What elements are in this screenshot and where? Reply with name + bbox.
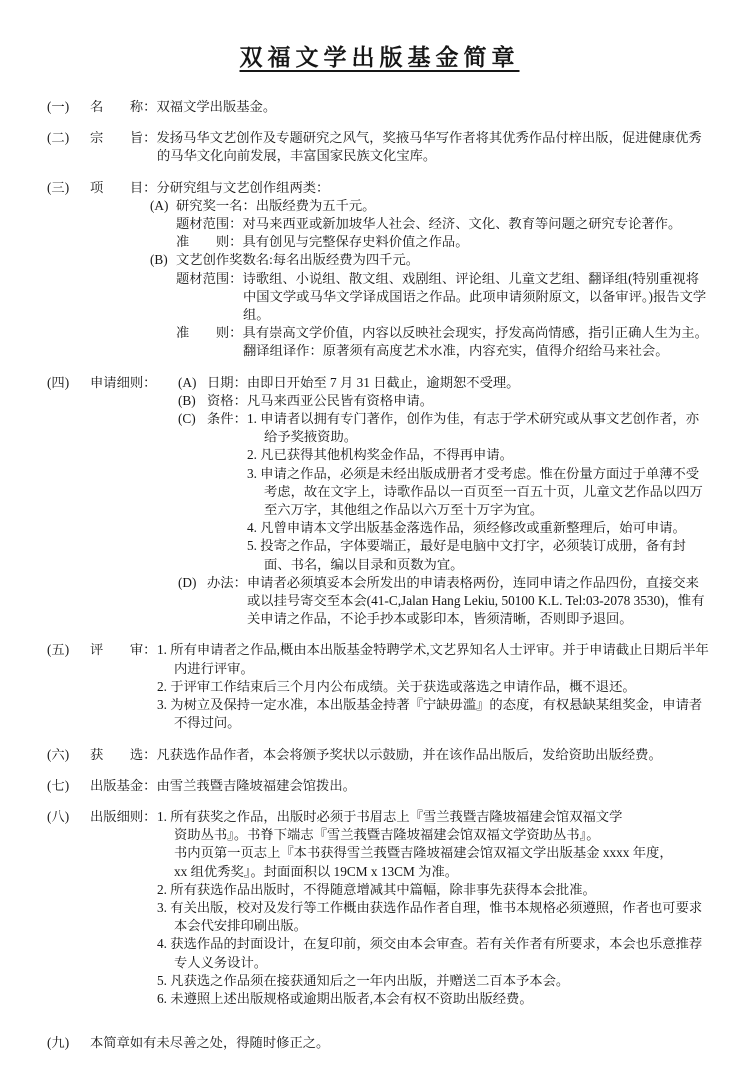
list-item: 2. 凡已获得其他机构奖金作品，不得再申请。: [247, 446, 712, 464]
section-body: 出版细则： 1. 所有获奖之作品，出版时必须于书眉志上『雪兰莪暨吉隆坡福建会馆双…: [90, 808, 712, 1008]
field-label: 名 称：: [90, 99, 156, 114]
field-value: 诗歌组、小说组、散文组、戏剧组、评论组、儿童文艺组、翻译组(特别重视将中国文学或…: [242, 271, 706, 322]
section-purpose: (二) 宗 旨：发扬马华文艺创作及专题研究之风气，奖掖马华写作者将其优秀作品付梓…: [47, 129, 712, 165]
field-value: 凡马来西亚公民皆有资格申请。: [247, 393, 433, 408]
category-rule: 准 则：具有创见与完整保存史料价值之作品。: [176, 233, 712, 251]
field-label: 出版细则：: [90, 808, 157, 1008]
field-label: 题材范围：: [176, 216, 242, 231]
rule-conditions: (C) 条件： 1. 申请者以拥有专门著作，创作为佳，有志于学术研究或从事文艺创…: [178, 410, 712, 574]
section-number: (四): [47, 374, 90, 629]
field-value: 申请者必须填妥本会所发出的申请表格两份，连同申请之作品四份，直接交来或以挂号寄交…: [247, 575, 705, 626]
category-research: (A) 研究奖一名：出版经费为五千元。 题材范围：对马来西亚或新加坡华人社会、经…: [150, 197, 712, 252]
field-label: 获 选：: [90, 747, 156, 762]
field-value: 具有创见与完整保存史料价值之作品。: [242, 234, 468, 249]
section-number: (六): [47, 746, 90, 764]
list-item: 2. 所有获选作品出版时，不得随意增减其中篇幅，除非事先获得本会批准。: [157, 881, 712, 899]
rule-eligibility: (B) 资格：凡马来西亚公民皆有资格申请。: [178, 392, 712, 410]
section-intro: 项 目：分研究组与文艺创作组两类：: [90, 179, 712, 197]
field-value: 凡获选作品作者，本会将颁予奖状以示鼓励，并在该作品出版后，发给资助出版经费。: [156, 747, 661, 762]
rule-method: (D) 办法：申请者必须填妥本会所发出的申请表格两份，连同申请之作品四份，直接交…: [178, 574, 712, 629]
list-item: 4. 获选作品的封面设计，在复印前，须交由本会审查。若有关作者有所要求，本会也乐…: [157, 935, 712, 971]
field-label: 项 目：: [90, 180, 156, 195]
category-head: 文艺创作奖数名:每名出版经费为四千元。: [176, 251, 712, 269]
section-number: (七): [47, 777, 90, 795]
sub-body: 资格：凡马来西亚公民皆有资格申请。: [207, 392, 712, 410]
field-label: 准 则：: [176, 234, 242, 249]
section-application-rules: (四) 申请细则： (A) 日期：由即日开始至 7 月 31 日截止，逾期恕不受…: [47, 374, 712, 629]
list-item: 3. 申请之作品，必须是未经出版成册者才受考虑。惟在份量方面过于单薄不受考虑，故…: [247, 465, 712, 520]
section-categories: (三) 项 目：分研究组与文艺创作组两类： (A) 研究奖一名：出版经费为五千元…: [47, 179, 712, 361]
list-item-line: 资助丛书』。书脊下端志『雪兰莪暨吉隆坡福建会馆双福文学资助丛书』。: [174, 826, 712, 844]
section-body: 评 审： 1. 所有申请者之作品,概由本出版基金特聘学术,文艺界知名人士评审。并…: [90, 641, 712, 732]
list-item-line: 1. 所有获奖之作品，出版时必须于书眉志上『雪兰莪暨吉隆坡福建会馆双福文学: [157, 808, 712, 826]
label-row: 申请细则： (A) 日期：由即日开始至 7 月 31 日截止，逾期恕不受理。 (…: [90, 374, 712, 629]
sub-marker: (A): [178, 374, 207, 392]
category-list: (A) 研究奖一名：出版经费为五千元。 题材范围：对马来西亚或新加坡华人社会、经…: [150, 197, 712, 361]
section-body: 名 称：双福文学出版基金。: [90, 98, 712, 116]
sub-marker: (B): [178, 392, 207, 410]
publication-list: 1. 所有获奖之作品，出版时必须于书眉志上『雪兰莪暨吉隆坡福建会馆双福文学 资助…: [157, 808, 712, 1008]
section-number: (五): [47, 641, 90, 732]
sub-marker: (D): [178, 574, 207, 629]
field-label: 日期：: [207, 375, 247, 390]
field-label: 资格：: [207, 393, 247, 408]
section-number: (八): [47, 808, 90, 1008]
label-row: 条件： 1. 申请者以拥有专门著作，创作为佳，有志于学术研究或从事文艺创作者，亦…: [207, 410, 712, 574]
category-scope: 题材范围：对马来西亚或新加坡华人社会、经济、文化、教育等问题之研究专论著作。: [176, 215, 712, 233]
section-fund-source: (七) 出版基金：由雪兰莪暨吉隆坡福建会馆拨出。: [47, 777, 712, 795]
section-number: (一): [47, 98, 90, 116]
list-item-line: xx 组优秀奖』。封面面积以 19CM x 13CM 为准。: [174, 863, 712, 881]
sub-body: 文艺创作奖数名:每名出版经费为四千元。 题材范围：诗歌组、小说组、散文组、戏剧组…: [176, 251, 712, 360]
document-title: 双福文学出版基金简章: [47, 42, 712, 74]
field-label: 题材范围：: [176, 271, 242, 286]
field-label: 申请细则：: [90, 374, 178, 629]
section-judging: (五) 评 审： 1. 所有申请者之作品,概由本出版基金特聘学术,文艺界知名人士…: [47, 641, 712, 732]
field-label: 准 则：: [176, 325, 242, 340]
field-value: 本简章如有未尽善之处，得随时修正之。: [90, 1034, 712, 1052]
label-row: 评 审： 1. 所有申请者之作品,概由本出版基金特聘学术,文艺界知名人士评审。并…: [90, 641, 712, 732]
section-body: 宗 旨：发扬马华文艺创作及专题研究之风气，奖掖马华写作者将其优秀作品付梓出版，促…: [90, 129, 712, 165]
sub-marker: (B): [150, 251, 176, 360]
category-rule: 准 则：具有崇高文学价值，内容以反映社会现实，抒发高尚情感，指引正确人生为主。翻…: [176, 324, 712, 360]
field-label: 评 审：: [90, 641, 157, 732]
section-number: (九): [47, 1034, 90, 1052]
sub-marker: (C): [178, 410, 207, 574]
list-item: 4. 凡曾申请本文学出版基金落选作品，须经修改或重新整理后，始可申请。: [247, 519, 712, 537]
list-item: 5. 凡获选之作品须在接获通知后之一年内出版，并赠送二百本予本会。: [157, 972, 712, 990]
list-item: 3. 有关出版，校对及发行等工作概由获选作品作者自理，惟书本规格必须遵照，作者也…: [157, 899, 712, 935]
sub-body: 办法：申请者必须填妥本会所发出的申请表格两份，连同申请之作品四份，直接交来或以挂…: [207, 574, 712, 629]
section-number: (三): [47, 179, 90, 361]
document-page: 双福文学出版基金简章 (一) 名 称：双福文学出版基金。 (二) 宗 旨：发扬马…: [0, 0, 750, 1078]
section-body: 出版基金：由雪兰莪暨吉隆坡福建会馆拨出。: [90, 777, 712, 795]
list-item: 2. 于评审工作结束后三个月内公布成绩。关于获选或落选之申请作品，概不退还。: [157, 678, 712, 696]
section-body: 项 目：分研究组与文艺创作组两类： (A) 研究奖一名：出版经费为五千元。 题材…: [90, 179, 712, 361]
field-value: 具有崇高文学价值，内容以反映社会现实，抒发高尚情感，指引正确人生为主。翻译组译作…: [242, 325, 707, 358]
section-body: 申请细则： (A) 日期：由即日开始至 7 月 31 日截止，逾期恕不受理。 (…: [90, 374, 712, 629]
field-label: 出版基金：: [90, 778, 156, 793]
label-row: 出版细则： 1. 所有获奖之作品，出版时必须于书眉志上『雪兰莪暨吉隆坡福建会馆双…: [90, 808, 712, 1008]
section-amendment: (九) 本简章如有未尽善之处，得随时修正之。: [47, 1034, 712, 1052]
sub-marker: (A): [150, 197, 176, 252]
condition-list: 1. 申请者以拥有专门著作，创作为佳，有志于学术研究或从事文艺创作者，亦给予奖掖…: [247, 410, 712, 574]
rule-list: (A) 日期：由即日开始至 7 月 31 日截止，逾期恕不受理。 (B) 资格：…: [178, 374, 712, 629]
section-number: (二): [47, 129, 90, 165]
field-value: 发扬马华文艺创作及专题研究之风气，奖掖马华写作者将其优秀作品付梓出版，促进健康优…: [156, 130, 701, 163]
field-value: 由即日开始至 7 月 31 日截止，逾期恕不受理。: [247, 375, 520, 390]
section-publication-rules: (八) 出版细则： 1. 所有获奖之作品，出版时必须于书眉志上『雪兰莪暨吉隆坡福…: [47, 808, 712, 1008]
field-value: 对马来西亚或新加坡华人社会、经济、文化、教育等问题之研究专论著作。: [242, 216, 681, 231]
list-item-line: 书内页第一页志上『本书获得雪兰莪暨吉隆坡福建会馆双福文学出版基金 xxxx 年度…: [174, 844, 712, 862]
field-label: 办法：: [207, 575, 247, 590]
sub-body: 研究奖一名：出版经费为五千元。 题材范围：对马来西亚或新加坡华人社会、经济、文化…: [176, 197, 712, 252]
field-value: 分研究组与文艺创作组两类：: [156, 180, 329, 195]
field-label: 条件：: [207, 410, 247, 574]
category-scope: 题材范围：诗歌组、小说组、散文组、戏剧组、评论组、儿童文艺组、翻译组(特别重视将…: [176, 270, 712, 325]
section-name: (一) 名 称：双福文学出版基金。: [47, 98, 712, 116]
rule-date: (A) 日期：由即日开始至 7 月 31 日截止，逾期恕不受理。: [178, 374, 712, 392]
judging-list: 1. 所有申请者之作品,概由本出版基金特聘学术,文艺界知名人士评审。并于申请截止…: [157, 641, 712, 732]
category-creative: (B) 文艺创作奖数名:每名出版经费为四千元。 题材范围：诗歌组、小说组、散文组…: [150, 251, 712, 360]
list-item: 3. 为树立及保持一定水准，本出版基金持著『宁缺毋滥』的态度，有权悬缺某组奖金，…: [157, 696, 712, 732]
category-head: 研究奖一名：出版经费为五千元。: [176, 197, 712, 215]
list-item: 5. 投寄之作品，字体要端正，最好是电脑中文打字，必须装订成册，备有封面、书名，…: [247, 537, 712, 573]
field-value: 双福文学出版基金。: [156, 99, 276, 114]
field-label: 宗 旨：: [90, 130, 156, 145]
section-selection: (六) 获 选：凡获选作品作者，本会将颁予奖状以示鼓励，并在该作品出版后，发给资…: [47, 746, 712, 764]
field-value: 由雪兰莪暨吉隆坡福建会馆拨出。: [156, 778, 355, 793]
sub-body: 日期：由即日开始至 7 月 31 日截止，逾期恕不受理。: [207, 374, 712, 392]
sub-body: 条件： 1. 申请者以拥有专门著作，创作为佳，有志于学术研究或从事文艺创作者，亦…: [207, 410, 712, 574]
list-item: 1. 所有申请者之作品,概由本出版基金特聘学术,文艺界知名人士评审。并于申请截止…: [157, 641, 712, 677]
list-item: 1. 申请者以拥有专门著作，创作为佳，有志于学术研究或从事文艺创作者，亦给予奖掖…: [247, 410, 712, 446]
list-item: 6. 未遵照上述出版规格或逾期出版者,本会有权不资助出版经费。: [157, 990, 712, 1008]
section-body: 获 选：凡获选作品作者，本会将颁予奖状以示鼓励，并在该作品出版后，发给资助出版经…: [90, 746, 712, 764]
